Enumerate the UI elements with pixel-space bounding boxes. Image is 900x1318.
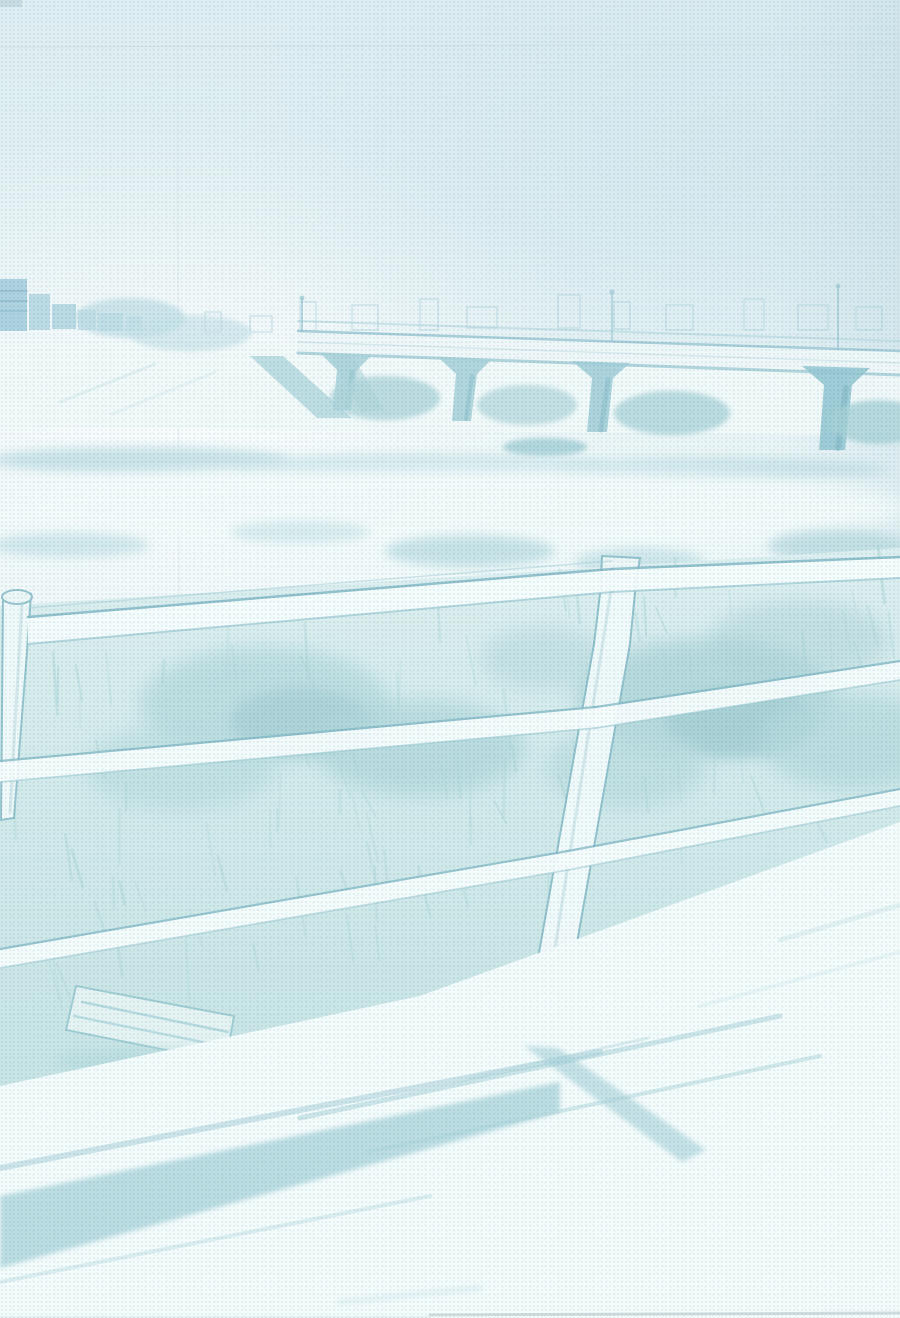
city-building-2 — [29, 294, 50, 330]
water-bush-1 — [385, 535, 555, 567]
riverside-scene-svg — [0, 0, 900, 1318]
scan-edge-bottom — [430, 1313, 900, 1315]
scan-mark-top-left — [0, 0, 22, 7]
skyline-building-7 — [558, 295, 580, 328]
scene-root — [0, 0, 900, 1318]
grass-stroke — [504, 760, 505, 817]
bridge-bush-2 — [477, 385, 577, 425]
bridge-lamp-head-1 — [300, 296, 305, 301]
bridge-lamp-head-3 — [836, 284, 841, 289]
bridge-bush-3 — [614, 391, 730, 435]
grass-stroke — [58, 667, 59, 705]
bridge-bush-1 — [330, 376, 440, 420]
skyline-building-8 — [614, 302, 630, 329]
tree-left-bank-2 — [128, 315, 252, 351]
grass-stroke — [113, 878, 114, 909]
grass-stroke — [470, 773, 471, 825]
fence-left-post-cap — [2, 590, 32, 604]
skyline-building-9 — [666, 305, 693, 330]
skyline-building-10 — [744, 299, 764, 330]
grass-stroke — [714, 747, 715, 794]
far-shore-islet — [503, 438, 587, 456]
grass-stroke — [768, 721, 769, 759]
skyline-building-12 — [856, 307, 882, 330]
grass-stroke — [270, 811, 271, 847]
manga-riverside-page — [0, 0, 900, 1318]
skyline-building-6 — [467, 307, 497, 328]
grass-stroke — [279, 773, 280, 827]
skyline-building-4 — [352, 305, 378, 330]
skyline-building-11 — [798, 305, 828, 330]
water-islet-left — [0, 533, 150, 557]
water-islet-mid — [230, 521, 370, 543]
city-building-1 — [0, 279, 27, 331]
bridge-lamp-head-2 — [610, 290, 615, 295]
city-building-3 — [52, 304, 76, 329]
grass-stroke — [163, 660, 164, 682]
paper-crease-horizontal — [0, 44, 900, 47]
skyline-building-2 — [250, 316, 272, 332]
